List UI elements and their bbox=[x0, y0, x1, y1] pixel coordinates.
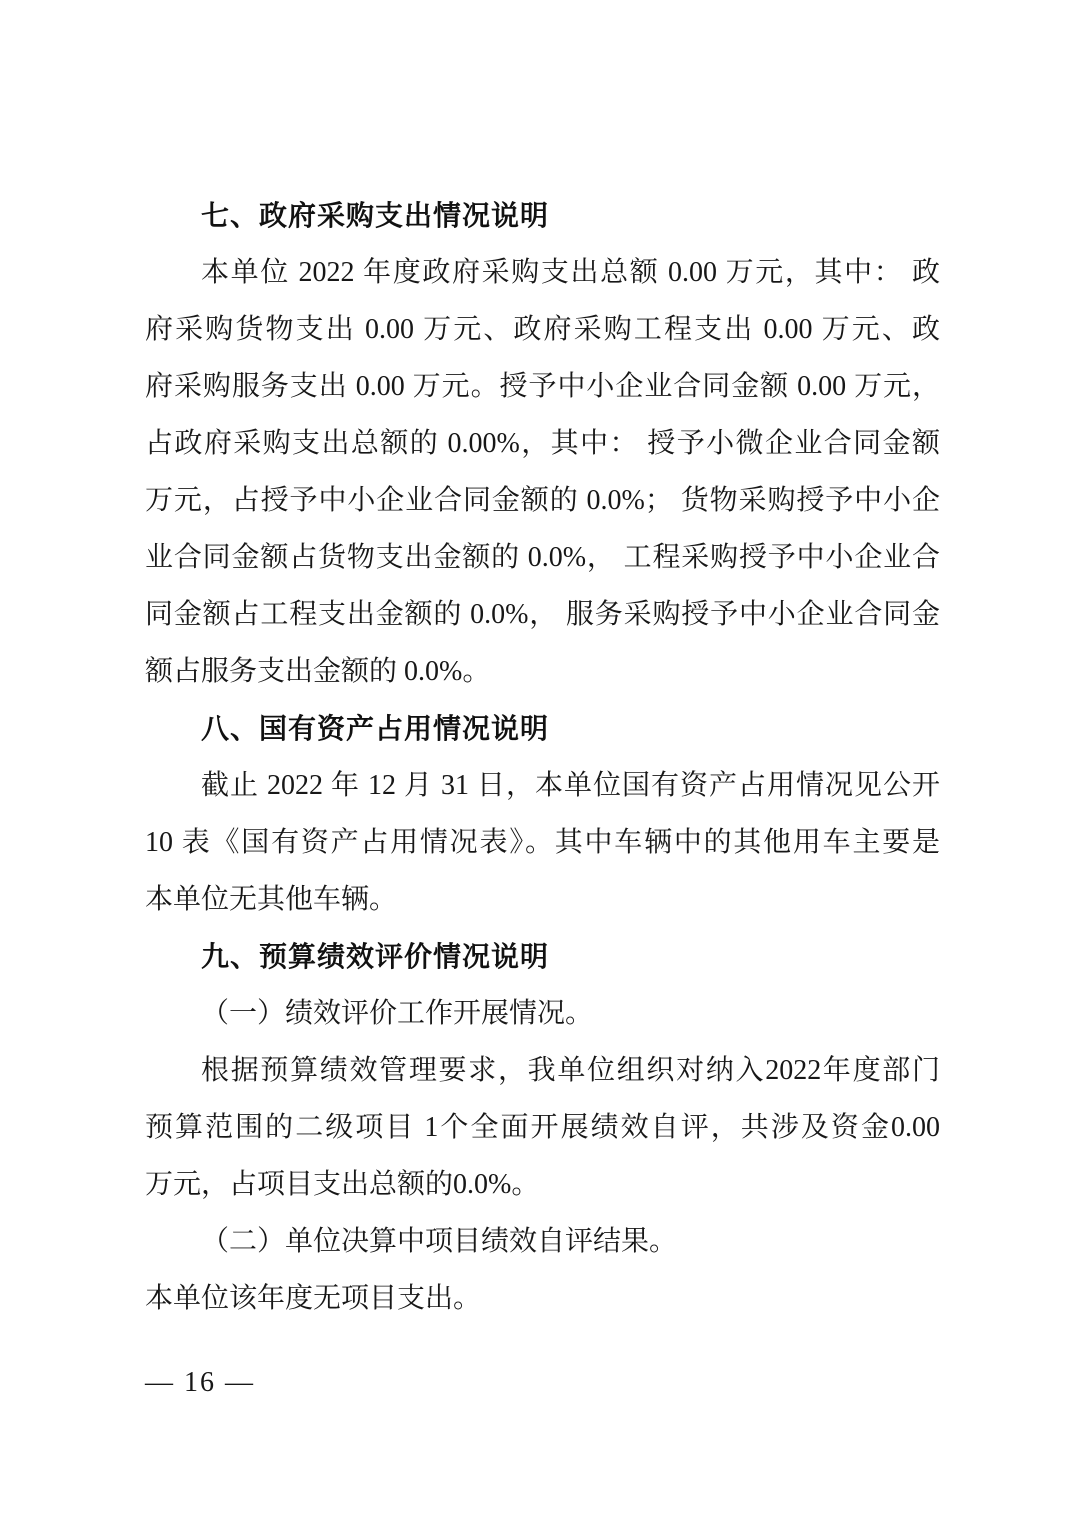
section-8-line: 截止 2022 年 12 月 31 日，本单位国有资产占用情况见公开 bbox=[145, 757, 940, 814]
section-8-line: 本单位无其他车辆。 bbox=[145, 871, 940, 928]
section-9-line: 万元，占项目支出总额的0.0%。 bbox=[145, 1156, 940, 1213]
section-8-line: 10 表《国有资产占用情况表》。其中车辆中的其他用车主要是 bbox=[145, 814, 940, 871]
document-body: 七、政府采购支出情况说明 本单位 2022 年度政府采购支出总额 0.00 万元… bbox=[145, 187, 940, 1327]
document-page: 七、政府采购支出情况说明 本单位 2022 年度政府采购支出总额 0.00 万元… bbox=[0, 0, 1074, 1520]
section-9-subheading: （二）单位决算中项目绩效自评结果。 bbox=[145, 1213, 940, 1270]
section-9-line: 根据预算绩效管理要求，我单位组织对纳入2022年度部门 bbox=[145, 1042, 940, 1099]
section-7-line: 府采购服务支出 0.00 万元。授予中小企业合同金额 0.00 万元， bbox=[145, 358, 940, 415]
section-9-line: 预算范围的二级项目 1个全面开展绩效自评，共涉及资金0.00 bbox=[145, 1099, 940, 1156]
section-9-line: 本单位该年度无项目支出。 bbox=[145, 1270, 940, 1327]
section-7-line: 业合同金额占货物支出金额的 0.0%， 工程采购授予中小企业合 bbox=[145, 529, 940, 586]
section-8-heading: 八、国有资产占用情况说明 bbox=[145, 700, 940, 757]
section-7-line: 府采购货物支出 0.00 万元、政府采购工程支出 0.00 万元、政 bbox=[145, 301, 940, 358]
section-7-line: 本单位 2022 年度政府采购支出总额 0.00 万元，其中： 政 bbox=[145, 244, 940, 301]
section-7-line: 同金额占工程支出金额的 0.0%， 服务采购授予中小企业合同金 bbox=[145, 586, 940, 643]
section-7-line: 额占服务支出金额的 0.0%。 bbox=[145, 643, 940, 700]
page-number: — 16 — bbox=[145, 1363, 255, 1403]
section-9-subheading: （一）绩效评价工作开展情况。 bbox=[145, 985, 940, 1042]
section-7-heading: 七、政府采购支出情况说明 bbox=[145, 187, 940, 244]
section-9-heading: 九、预算绩效评价情况说明 bbox=[145, 928, 940, 985]
section-7-line: 占政府采购支出总额的 0.00%，其中： 授予小微企业合同金额 bbox=[145, 415, 940, 472]
section-7-line: 万元，占授予中小企业合同金额的 0.0%； 货物采购授予中小企 bbox=[145, 472, 940, 529]
